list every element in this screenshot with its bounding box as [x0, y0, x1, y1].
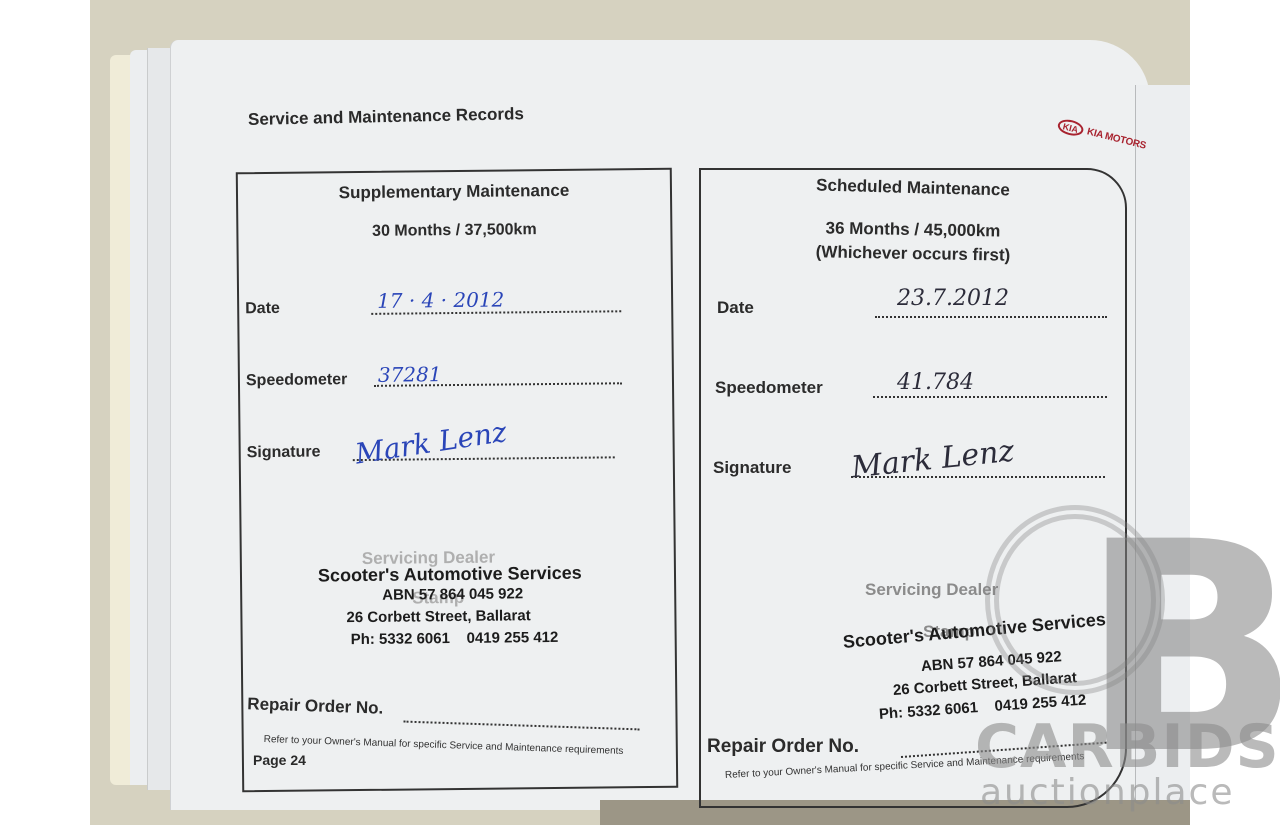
- dealer-stamp-phone: Ph: 5332 6061 0419 255 412: [351, 629, 559, 648]
- dealer-stamp-abn: ABN 57 864 045 922: [382, 585, 523, 603]
- repair-order-label: Repair Order No.: [707, 736, 859, 758]
- dealer-stamp-business: Scooter's Automotive Services: [842, 609, 1107, 653]
- record-interval: 30 Months / 37,500km: [238, 220, 670, 243]
- record-interval: 36 Months / 45,000km: [721, 217, 1105, 244]
- record-title: Supplementary Maintenance: [238, 180, 670, 205]
- speedometer-value: 37281: [378, 362, 442, 387]
- date-value: 23.7.2012: [897, 286, 1009, 311]
- page-number: Page 24: [253, 752, 306, 768]
- signature-label: Signature: [713, 458, 791, 478]
- speedometer-line: [873, 396, 1107, 398]
- date-label: Date: [717, 298, 754, 318]
- facing-page: [1135, 85, 1190, 805]
- signature-label: Signature: [247, 443, 321, 462]
- dealer-stamp-business: Scooter's Automotive Services: [318, 563, 582, 587]
- signature-value: Mark Lenz: [353, 415, 509, 470]
- dealer-stamp-address: 26 Corbett Street, Ballarat: [346, 607, 530, 626]
- scheduled-maintenance-record: Scheduled Maintenance 36 Months / 45,000…: [699, 168, 1127, 808]
- date-value: 17 · 4 · 2012: [377, 287, 504, 312]
- date-line: [875, 316, 1107, 318]
- footer-note: Refer to your Owner's Manual for specifi…: [264, 734, 624, 757]
- repair-order-label: Repair Order No.: [247, 694, 384, 718]
- speedometer-value: 41.784: [897, 370, 974, 395]
- dealer-label: Servicing Dealer: [865, 580, 998, 600]
- date-label: Date: [245, 300, 280, 318]
- repair-order-line: [403, 721, 639, 731]
- speedometer-label: Speedometer: [715, 378, 823, 398]
- speedometer-label: Speedometer: [246, 371, 348, 390]
- record-title: Scheduled Maintenance: [721, 173, 1105, 203]
- record-interval-note: (Whichever occurs first): [721, 241, 1105, 268]
- supplementary-maintenance-record: Supplementary Maintenance 30 Months / 37…: [236, 168, 678, 793]
